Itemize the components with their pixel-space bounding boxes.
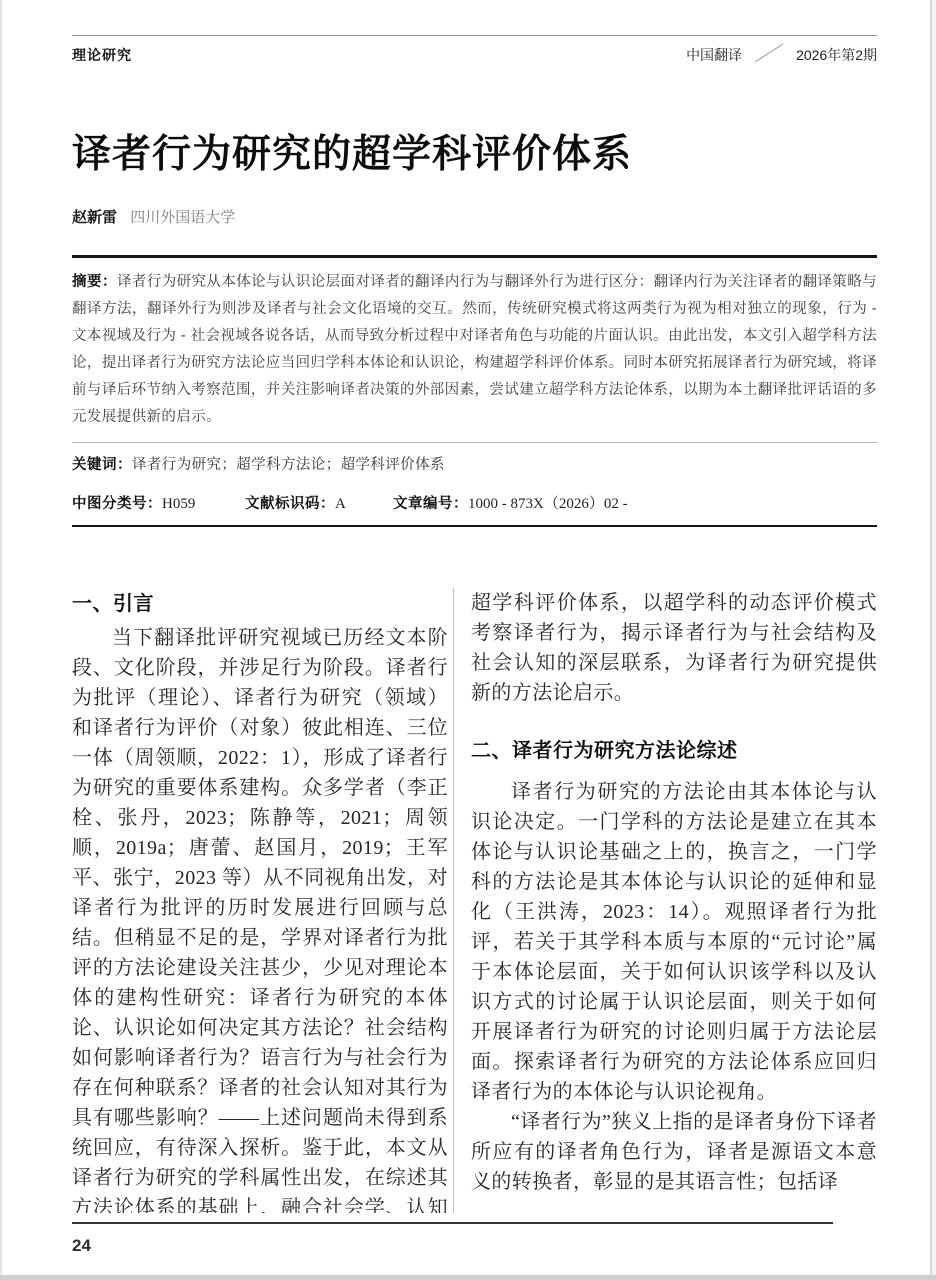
journal-name: 中国翻译 <box>686 45 742 65</box>
journal-issue-block: 中国翻译 2026年第2期 <box>686 43 877 66</box>
clc-label: 中图分类号： <box>72 496 162 512</box>
doc-code-label: 文献标识码： <box>245 496 335 512</box>
meta-block: 摘要：译者行为研究从本体论与认识论层面对译者的翻译内行为与翻译外行为进行区分：翻… <box>72 255 877 527</box>
section-1-heading: 一、引言 <box>72 588 448 620</box>
section-2-heading: 二、译者行为研究方法论综述 <box>471 735 877 767</box>
page-edge-right <box>930 0 932 1280</box>
article-title: 译者行为研究的超学科评价体系 <box>72 130 877 181</box>
body-columns: 一、引言 当下翻译批评研究视域已历经文本阶段、文化阶段，并涉足行为阶段。译者行为… <box>72 588 877 1213</box>
section-label: 理论研究 <box>72 45 132 65</box>
journal-page: 理论研究 中国翻译 2026年第2期 译者行为研究的超学科评价体系 赵新雷 四川… <box>0 0 936 1280</box>
right-column: 超学科评价体系，以超学科的动态评价模式考察译者行为，揭示译者行为与社会结构及社会… <box>471 588 877 1213</box>
abstract-text: 译者行为研究从本体论与认识论层面对译者的翻译内行为与翻译外行为进行区分：翻译内行… <box>72 274 877 425</box>
keywords-paragraph: 关键词：译者行为研究；超学科方法论；超学科评价体系 <box>72 453 877 474</box>
clc-value: H059 <box>162 496 195 512</box>
article-no-group: 文章编号：1000 - 873X（2026）02 - <box>393 492 628 513</box>
clc-group: 中图分类号：H059 <box>72 492 245 513</box>
keywords-text: 译者行为研究；超学科方法论；超学科评价体系 <box>132 457 445 473</box>
page-edge-left <box>0 0 2 1280</box>
article-no-value: 1000 - 873X（2026）02 - <box>468 496 628 512</box>
article-no-label: 文章编号： <box>393 496 468 512</box>
page-number: 24 <box>72 1236 91 1256</box>
author-affiliation: 四川外国语大学 <box>130 209 235 226</box>
footer-rule <box>72 1222 833 1224</box>
meta-divider-line <box>72 442 877 443</box>
slash-divider-icon <box>752 43 786 66</box>
section-1-paragraph-continued: 超学科评价体系，以超学科的动态评价模式考察译者行为，揭示译者行为与社会结构及社会… <box>471 588 877 708</box>
abstract-label: 摘要： <box>72 274 117 290</box>
author-name: 赵新雷 <box>72 209 117 226</box>
section-2-paragraph-1: 译者行为研究的方法论由其本体论与认识论决定。一门学科的方法论是建立在其本体论与认… <box>471 777 877 1107</box>
left-column: 一、引言 当下翻译批评研究视域已历经文本阶段、文化阶段，并涉足行为阶段。译者行为… <box>72 588 448 1213</box>
doc-code-group: 文献标识码：A <box>245 492 393 513</box>
section-1-paragraph: 当下翻译批评研究视域已历经文本阶段、文化阶段，并涉足行为阶段。译者行为批评（理论… <box>72 623 448 1213</box>
identifier-row: 中图分类号：H059 文献标识码：A 文章编号：1000 - 873X（2026… <box>72 492 877 513</box>
page-edge-bottom <box>0 1275 936 1280</box>
abstract-paragraph: 摘要：译者行为研究从本体论与认识论层面对译者的翻译内行为与翻译外行为进行区分：翻… <box>72 269 877 431</box>
page-edge-right-fade <box>932 0 936 1280</box>
section-2-paragraph-2: “译者行为”狭义上指的是译者身份下译者所应有的译者角色行为，译者是源语文本意义的… <box>471 1107 877 1197</box>
column-divider-line <box>453 588 454 1213</box>
doc-code-value: A <box>335 496 346 512</box>
keywords-label: 关键词： <box>72 457 132 473</box>
issue-label: 2026年第2期 <box>796 45 877 65</box>
running-head: 理论研究 中国翻译 2026年第2期 <box>72 35 877 66</box>
author-line: 赵新雷 四川外国语大学 <box>72 206 235 227</box>
